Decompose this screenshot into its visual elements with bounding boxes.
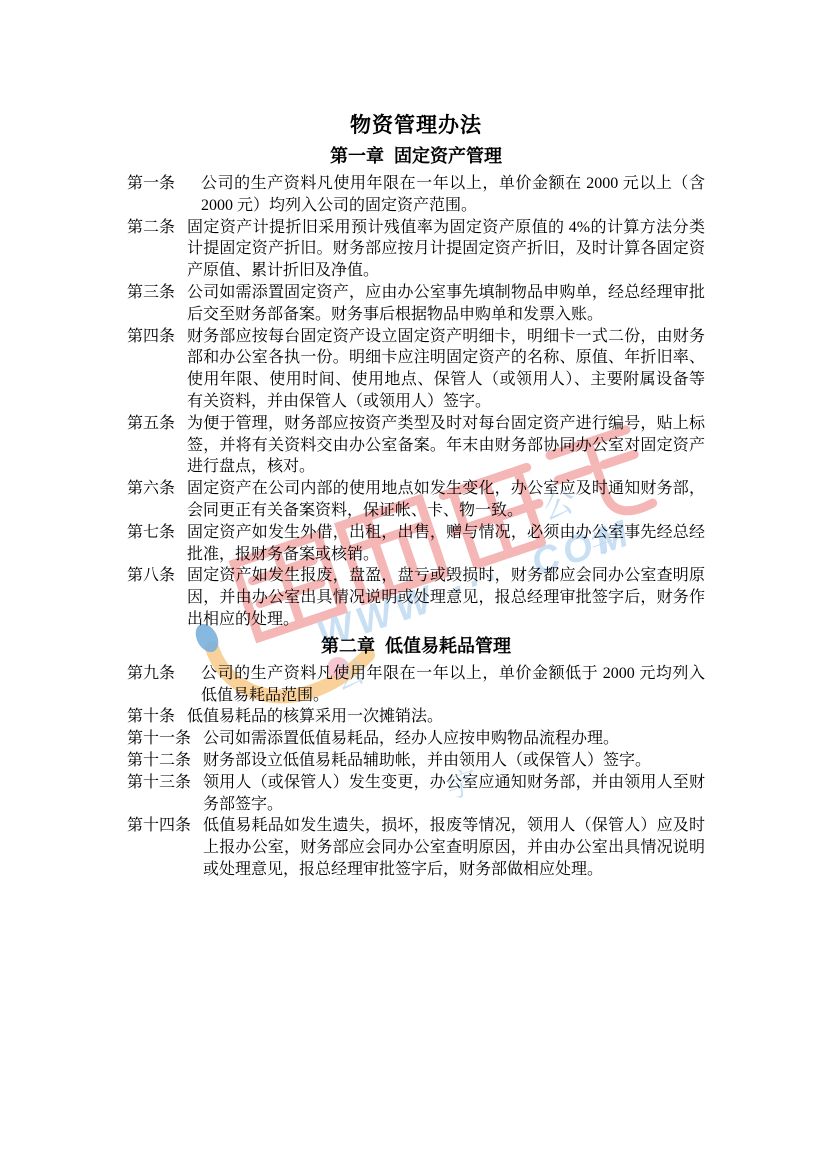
article-text: 低值易耗品的核算采用一次摊销法。 (187, 706, 705, 728)
article-text: 固定资产计提折旧采用预计残值率为固定资产原值的 4%的计算方法分类计提固定资产折… (187, 217, 705, 282)
article-row: 第五条为便于管理，财务部应按资产类型及时对每台固定资产进行编号，贴上标签，并将有… (127, 413, 705, 478)
article-text: 低值易耗品如发生遗失，损坏，报废等情况，领用人（保管人）应及时上报办公室，财务部… (203, 815, 705, 880)
article-text: 固定资产如发生外借，出租，出售，赠与情况，必须由办公室事先经总经批准，报财务备案… (187, 522, 705, 566)
article-number: 第十条 (127, 706, 175, 728)
article-row: 第九条公司的生产资料凡使用年限在一年以上，单价金额低于 2000 元均列入低值易… (127, 663, 705, 707)
article-text: 财务部应按每台固定资产设立固定资产明细卡，明细卡一式二份，由财务部和办公室各执一… (187, 326, 705, 413)
article-text: 公司如需添置固定资产，应由办公室事先填制物品申购单，经总经理审批后交至财务部备案… (187, 282, 705, 326)
article-number: 第三条 (127, 282, 175, 326)
article-number: 第七条 (127, 522, 175, 566)
article-row: 第四条财务部应按每台固定资产设立固定资产明细卡，明细卡一式二份，由财务部和办公室… (127, 326, 705, 413)
article-text: 为便于管理，财务部应按资产类型及时对每台固定资产进行编号，贴上标签，并将有关资料… (187, 413, 705, 478)
chapter-number: 第二章 (321, 636, 375, 656)
article-row: 第十三条领用人（或保管人）发生变更，办公室应通知财务部，并由领用人至财务部签字。 (127, 772, 705, 816)
article-text: 固定资产在公司内部的使用地点如发生变化，办公室应及时通知财务部，会同更正有关备案… (187, 478, 705, 522)
chapter-number: 第一章 (330, 146, 384, 166)
chapter-heading: 第二章低值易耗品管理 (127, 634, 705, 659)
article-row: 第十条低值易耗品的核算采用一次摊销法。 (127, 706, 705, 728)
article-row: 第八条固定资产如发生报废，盘盈，盘亏或毁损时，财务都应会同办公室查明原因，并由办… (127, 565, 705, 630)
article-number: 第一条 (127, 173, 175, 217)
article-number: 第六条 (127, 478, 175, 522)
article-row: 第十二条财务部设立低值易耗品辅助帐，并由领用人（或保管人）签字。 (127, 750, 705, 772)
article-number: 第十三条 (127, 772, 191, 816)
article-number: 第四条 (127, 326, 175, 413)
article-number: 第十二条 (127, 750, 191, 772)
chapter-heading: 第一章固定资产管理 (127, 144, 705, 169)
chapter-name: 固定资产管理 (394, 146, 502, 166)
article-text: 公司的生产资料凡使用年限在一年以上，单价金额低于 2000 元均列入低值易耗品范… (201, 663, 705, 707)
article-text: 固定资产如发生报废，盘盈，盘亏或毁损时，财务都应会同办公室查明原因，并由办公室出… (187, 565, 705, 630)
article-row: 第十一条公司如需添置低值易耗品，经办人应按申购物品流程办理。 (127, 728, 705, 750)
document-content: 物资管理办法 第一章固定资产管理第一条公司的生产资料凡使用年限在一年以上，单价金… (127, 112, 705, 881)
article-number: 第十四条 (127, 815, 191, 880)
document-page: WWW ··· COM 公 字 公 字 物资管理办法 第一章固定资产管理第一条公… (0, 0, 827, 1169)
article-row: 第六条固定资产在公司内部的使用地点如发生变化，办公室应及时通知财务部，会同更正有… (127, 478, 705, 522)
document-title: 物资管理办法 (127, 112, 705, 139)
article-row: 第三条公司如需添置固定资产，应由办公室事先填制物品申购单，经总经理审批后交至财务… (127, 282, 705, 326)
chapters-container: 第一章固定资产管理第一条公司的生产资料凡使用年限在一年以上，单价金额在 2000… (127, 144, 705, 881)
article-number: 第五条 (127, 413, 175, 478)
article-row: 第二条固定资产计提折旧采用预计残值率为固定资产原值的 4%的计算方法分类计提固定… (127, 217, 705, 282)
chapter-name: 低值易耗品管理 (385, 636, 511, 656)
article-number: 第八条 (127, 565, 175, 630)
article-row: 第七条固定资产如发生外借，出租，出售，赠与情况，必须由办公室事先经总经批准，报财… (127, 522, 705, 566)
article-row: 第一条公司的生产资料凡使用年限在一年以上，单价金额在 2000 元以上（含 20… (127, 173, 705, 217)
article-row: 第十四条低值易耗品如发生遗失，损坏，报废等情况，领用人（保管人）应及时上报办公室… (127, 815, 705, 880)
article-text: 公司的生产资料凡使用年限在一年以上，单价金额在 2000 元以上（含 2000 … (201, 173, 705, 217)
article-text: 财务部设立低值易耗品辅助帐，并由领用人（或保管人）签字。 (203, 750, 705, 772)
article-number: 第二条 (127, 217, 175, 282)
article-number: 第九条 (127, 663, 175, 707)
article-text: 公司如需添置低值易耗品，经办人应按申购物品流程办理。 (203, 728, 705, 750)
article-number: 第十一条 (127, 728, 191, 750)
article-text: 领用人（或保管人）发生变更，办公室应通知财务部，并由领用人至财务部签字。 (203, 772, 705, 816)
